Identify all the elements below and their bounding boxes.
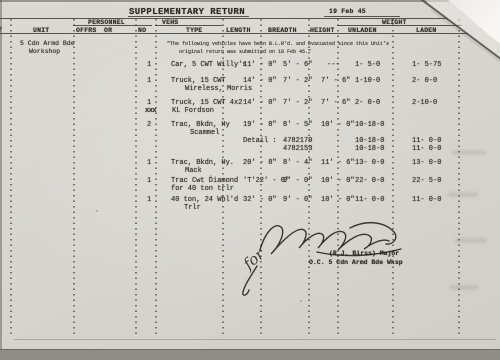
- cell-breadth: 8' - 4": [283, 159, 312, 167]
- cell-height: ---: [327, 61, 340, 69]
- cell-height: 7' - 6": [321, 99, 350, 107]
- page-bottom-edge: [14, 339, 496, 340]
- column-header-unladen: UNLADEN: [348, 27, 377, 34]
- cell-length: 11' - 0": [243, 61, 277, 69]
- cell-no: 1: [147, 61, 151, 69]
- scan-speck: [96, 210, 98, 212]
- cell-laden: 11- 0-0: [412, 196, 441, 204]
- detail-label: Detail :: [243, 137, 277, 145]
- document-date: 19 Feb 45: [329, 8, 366, 15]
- cell-no: 1: [147, 177, 151, 185]
- column-header-type: TYPE: [186, 27, 202, 34]
- note-line1: "The following vehicles have been B.L.R'…: [167, 40, 389, 48]
- column-header-unit: UNIT: [33, 27, 49, 34]
- cell-length: 32' - 0": [243, 196, 277, 204]
- cell-laden: 2- 0-0: [412, 77, 437, 85]
- cell-unladen: 1-10-0: [355, 77, 380, 85]
- cell-type-line2: Trlr: [184, 204, 201, 212]
- bleed-through-mark: [452, 150, 486, 155]
- cell-unladen: 13- 0-0: [355, 159, 384, 167]
- scan-edge-top: [0, 0, 452, 2]
- cell-breadth: 9' - 0": [283, 177, 312, 185]
- cell-type: Trac, Bkdn, Hy: [171, 121, 230, 129]
- cell-height: 11' - 6": [321, 159, 355, 167]
- cell-height: 10' - 0": [321, 121, 355, 129]
- cell-type: Trac Cwt Diamond: [171, 177, 238, 185]
- cell-type: 40 ton, 24 Whl'd: [171, 196, 238, 204]
- unit-name-line1: 5 Cdn Armd Bde: [20, 40, 75, 48]
- cell-breadth: 8' - 5": [283, 121, 312, 129]
- group-header-personnel: PERSONNEL: [88, 19, 125, 26]
- column-header-breadth: BREADTH: [268, 27, 297, 34]
- column-header-length: LENGTH: [226, 27, 251, 34]
- cell-type: Trac, Bkdn, Hy.: [171, 159, 234, 167]
- cell-breadth: 7' - 2": [283, 99, 312, 107]
- cell-height: 10' - 0": [321, 177, 355, 185]
- detail-unladen: 10-18-0: [355, 145, 384, 153]
- document-scan: SUPPLEMENTARY RETURN 19 Feb 45 PERSONNEL…: [0, 0, 500, 360]
- cell-length: 14' - 0": [243, 77, 277, 85]
- column-rule: [73, 19, 75, 336]
- detail-unladen: 10-18-0: [355, 137, 384, 145]
- cell-unladen: 11- 0-0: [355, 196, 384, 204]
- column-rule: [155, 19, 157, 336]
- detail-serial: 4782153: [283, 145, 312, 153]
- scan-speck: [210, 175, 212, 177]
- group-header-weight: WEIGHT: [382, 19, 407, 26]
- cell-type: Truck, 15 CWT: [171, 77, 226, 85]
- column-header-laden: LADEN: [416, 27, 437, 34]
- cell-type: Car, 5 CWT Willy's: [171, 61, 247, 69]
- strikeout-mark: xxx: [145, 107, 156, 115]
- cell-unladen: 2- 0-0: [355, 99, 380, 107]
- cell-breadth: 5' - 6": [283, 61, 312, 69]
- column-header-or: OR: [104, 27, 112, 34]
- cell-height: 7' - 6": [321, 77, 350, 85]
- cell-no: 1: [147, 99, 151, 107]
- cell-no: 1: [147, 196, 151, 204]
- note-line2: original return was submitted on 18 Feb …: [179, 48, 311, 56]
- cell-breadth: 9' - 0": [283, 196, 312, 204]
- cell-no: 1: [147, 77, 151, 85]
- column-rule: [135, 19, 137, 336]
- cell-type-line2: KL Fordson: [172, 107, 214, 115]
- cell-unladen: 10-18-0: [355, 121, 384, 129]
- cell-height: 10' - 0": [321, 196, 355, 204]
- cell-type-line2: Wireless, Morris: [185, 85, 252, 93]
- table-top-rule: [0, 18, 448, 19]
- unit-name-line2: Workshop: [29, 48, 60, 56]
- cell-length: 14' - 0": [243, 99, 277, 107]
- detail-laden: 11- 0-0: [412, 137, 441, 145]
- cell-length: 20' - 8": [243, 159, 277, 167]
- bleed-through-mark: [448, 192, 478, 197]
- cell-unladen: 22- 0-0: [355, 177, 384, 185]
- cell-breadth: 7' - 2": [283, 77, 312, 85]
- cell-length: 19' - 8": [243, 121, 277, 129]
- scanner-bed-band: [0, 349, 500, 360]
- column-rule: [10, 19, 12, 336]
- cell-type-line2: Mack: [185, 167, 202, 175]
- date-underline: [324, 16, 400, 17]
- title-underline: [128, 16, 249, 17]
- cell-laden: 13- 0-0: [412, 159, 441, 167]
- cell-type-line2: Scammel: [190, 129, 219, 137]
- column-header-height: HEIGHT: [310, 27, 335, 34]
- cell-unladen: 1- 5-0: [355, 61, 380, 69]
- group-header-vehs: VEHS: [162, 19, 178, 26]
- cell-type-line2: for 40 ton trlr: [171, 185, 234, 193]
- scan-edge-left: [0, 0, 2, 349]
- cell-laden: 2-10-0: [412, 99, 437, 107]
- column-header-offrs: OFFRS: [76, 27, 97, 34]
- cell-no: 1: [147, 159, 151, 167]
- column-header-no: NO: [138, 27, 146, 34]
- cell-no: 2: [147, 121, 151, 129]
- cell-laden: 22- 5-0: [412, 177, 441, 185]
- detail-laden: 11- 0-0: [412, 145, 441, 153]
- cell-type: Truck, 15 CWT 4x2: [171, 99, 242, 107]
- cell-laden: 1- 5-75: [412, 61, 441, 69]
- detail-serial: 4782179: [283, 137, 312, 145]
